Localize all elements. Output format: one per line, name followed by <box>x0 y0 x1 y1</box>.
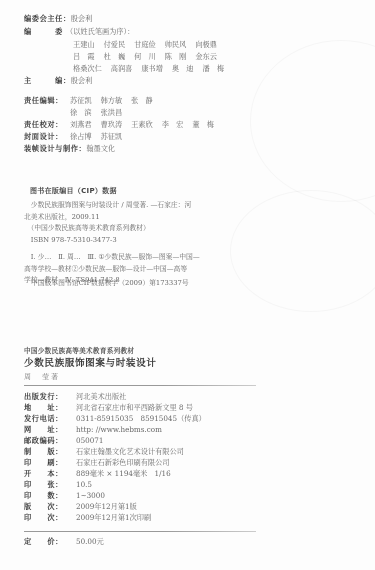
member-name: 甘庭俭 <box>134 40 156 50</box>
editor-name: 韩方敏 <box>101 96 123 106</box>
proofreader-name: 曹玖涛 <box>101 120 123 130</box>
editor-name: 徐 滨 <box>70 108 92 118</box>
board-director-row: 编委会主任： 殷会利 <box>24 14 92 24</box>
member-name: 向极鼎 <box>195 40 217 50</box>
member-name: 康书增 <box>141 64 163 74</box>
pub-row: 版 次：2009年12月第1版 <box>24 502 137 512</box>
series-name: 中国少数民族高等美术教育系列教材 <box>24 345 134 355</box>
member-name: 陈 刚 <box>165 52 187 62</box>
cip-class-line: Ⅰ. 少… Ⅱ. 周… Ⅲ. ①少数民族—服饰—图案—中国— <box>24 252 200 264</box>
proofreader-name: 王素欣 <box>131 120 153 130</box>
price-value: 50.00元 <box>76 537 104 547</box>
responsible-editors-label: 责任编辑： <box>24 96 70 106</box>
price-row: 定 价： 50.00元 <box>24 537 104 547</box>
editor-name: 张 静 <box>131 96 153 106</box>
pub-row: 地 址：河北省石家庄市和平西路新文里 8 号 <box>24 403 193 413</box>
pub-row: 印 刷：石家庄石新彩色印刷有限公司 <box>24 458 169 468</box>
proofreader-name: 李 宏 <box>162 120 184 130</box>
member-name: 杜 巍 <box>104 52 126 62</box>
responsible-editors-row: 责任编辑： 苏征凯 韩方敏 张 静 <box>24 96 153 106</box>
price-label: 定 价： <box>24 537 76 547</box>
cip-record-number: 中国版本图书馆CIP数据核字（2009）第173337号 <box>31 278 189 290</box>
board-director-label: 编委会主任： <box>24 14 71 24</box>
layout-design-label: 装帧设计与制作： <box>24 144 86 154</box>
bottom-divider <box>24 531 256 532</box>
proofreader-name: 董 梅 <box>192 120 214 130</box>
board-director-value: 殷会利 <box>71 14 93 24</box>
member-name: 帅民风 <box>165 40 187 50</box>
cip-class-line: 高等学校—教材②少数民族—服饰—设计—中国—高等 <box>24 264 200 276</box>
top-divider <box>24 385 256 386</box>
cip-line: ISBN 978-7-5310-3477-3 <box>24 235 191 247</box>
pub-row: 制 版：石家庄翰墨文化艺术设计有限公司 <box>24 447 184 457</box>
cover-design-label: 封面设计： <box>24 132 70 142</box>
board-members-label: 编 委 <box>24 27 66 37</box>
board-members-line-2: 吕 霞 杜 巍 何 川 陈 刚 金东云 <box>73 52 217 62</box>
pub-row: 邮政编码：050071 <box>24 436 103 446</box>
cip-line: 少数民族服饰图案与时装设计 / 周莹著. —石家庄：河 <box>24 200 191 212</box>
book-author: 周 莹著 <box>24 372 60 382</box>
chief-editor-label: 主 编： <box>24 76 71 86</box>
scan-artifact <box>230 190 375 312</box>
copyright-page: 编委会主任： 殷会利 编 委 （以姓氏笔画为序）： 王建山 付爱民 甘庭俭 帅民… <box>0 0 375 570</box>
pub-row: 印 数：1~3000 <box>24 491 105 501</box>
member-name: 何 川 <box>134 52 156 62</box>
member-name: 奥 迪 <box>172 64 194 74</box>
board-members-line-1: 王建山 付爱民 甘庭俭 帅民风 向极鼎 <box>73 40 217 50</box>
scan-artifact <box>250 40 375 202</box>
editor-name: 苏征凯 <box>70 96 92 106</box>
pub-row: 网 址：http: //www.hebms.com <box>24 425 162 435</box>
member-name: 金东云 <box>195 52 217 62</box>
pub-row: 出版发行：河北美术出版社 <box>24 392 126 402</box>
responsible-editors-row-2: 徐 滨 张洪昌 <box>70 108 122 118</box>
pub-row: 印 张：10.5 <box>24 480 92 490</box>
member-name: 潘 梅 <box>203 64 225 74</box>
cip-heading: 图书在版编目（CIP）数据 <box>30 186 117 196</box>
designer-name: 徐占博 <box>70 132 92 142</box>
editor-name: 张洪昌 <box>101 108 123 118</box>
proofreaders-row: 责任校对： 刘燕君 曹玖涛 王素欣 李 宏 董 梅 <box>24 120 214 130</box>
book-title: 少数民族服饰图案与时装设计 <box>24 355 157 369</box>
pub-row: 发行电话：0311-85915035 85915045（传真） <box>24 414 206 424</box>
pub-row: 印 次：2009年12月第1次印刷 <box>24 513 151 523</box>
layout-design-value: 翰墨文化 <box>86 144 115 154</box>
member-name: 付爱民 <box>104 40 126 50</box>
pub-row: 开 本：889毫米 × 1194毫米 1/16 <box>24 469 171 479</box>
member-name: 王建山 <box>73 40 95 50</box>
cip-line: （中国少数民族高等美术教育系列教材） <box>24 223 191 235</box>
board-members-row: 编 委 （以姓氏笔画为序）： <box>24 27 134 37</box>
chief-editor-row: 主 编： 殷会利 <box>24 76 92 86</box>
cip-line: 北美术出版社，2009.11 <box>24 212 191 224</box>
layout-design-row: 装帧设计与制作： 翰墨文化 <box>24 144 115 154</box>
board-members-line-3: 格桑次仁 高润喜 康书增 奥 迪 潘 梅 <box>73 64 224 74</box>
cip-record: 少数民族服饰图案与时装设计 / 周莹著. —石家庄：河 北美术出版社，2009.… <box>24 200 191 246</box>
proofreader-name: 刘燕君 <box>70 120 92 130</box>
member-name: 高润喜 <box>111 64 133 74</box>
chief-editor-value: 殷会利 <box>71 76 93 86</box>
cover-design-row: 封面设计： 徐占博 苏征凯 <box>24 132 122 142</box>
member-name: 吕 霞 <box>73 52 95 62</box>
member-name: 格桑次仁 <box>73 64 102 74</box>
proofreaders-label: 责任校对： <box>24 120 70 130</box>
board-members-note: （以姓氏笔画为序）： <box>66 27 134 37</box>
designer-name: 苏征凯 <box>101 132 123 142</box>
